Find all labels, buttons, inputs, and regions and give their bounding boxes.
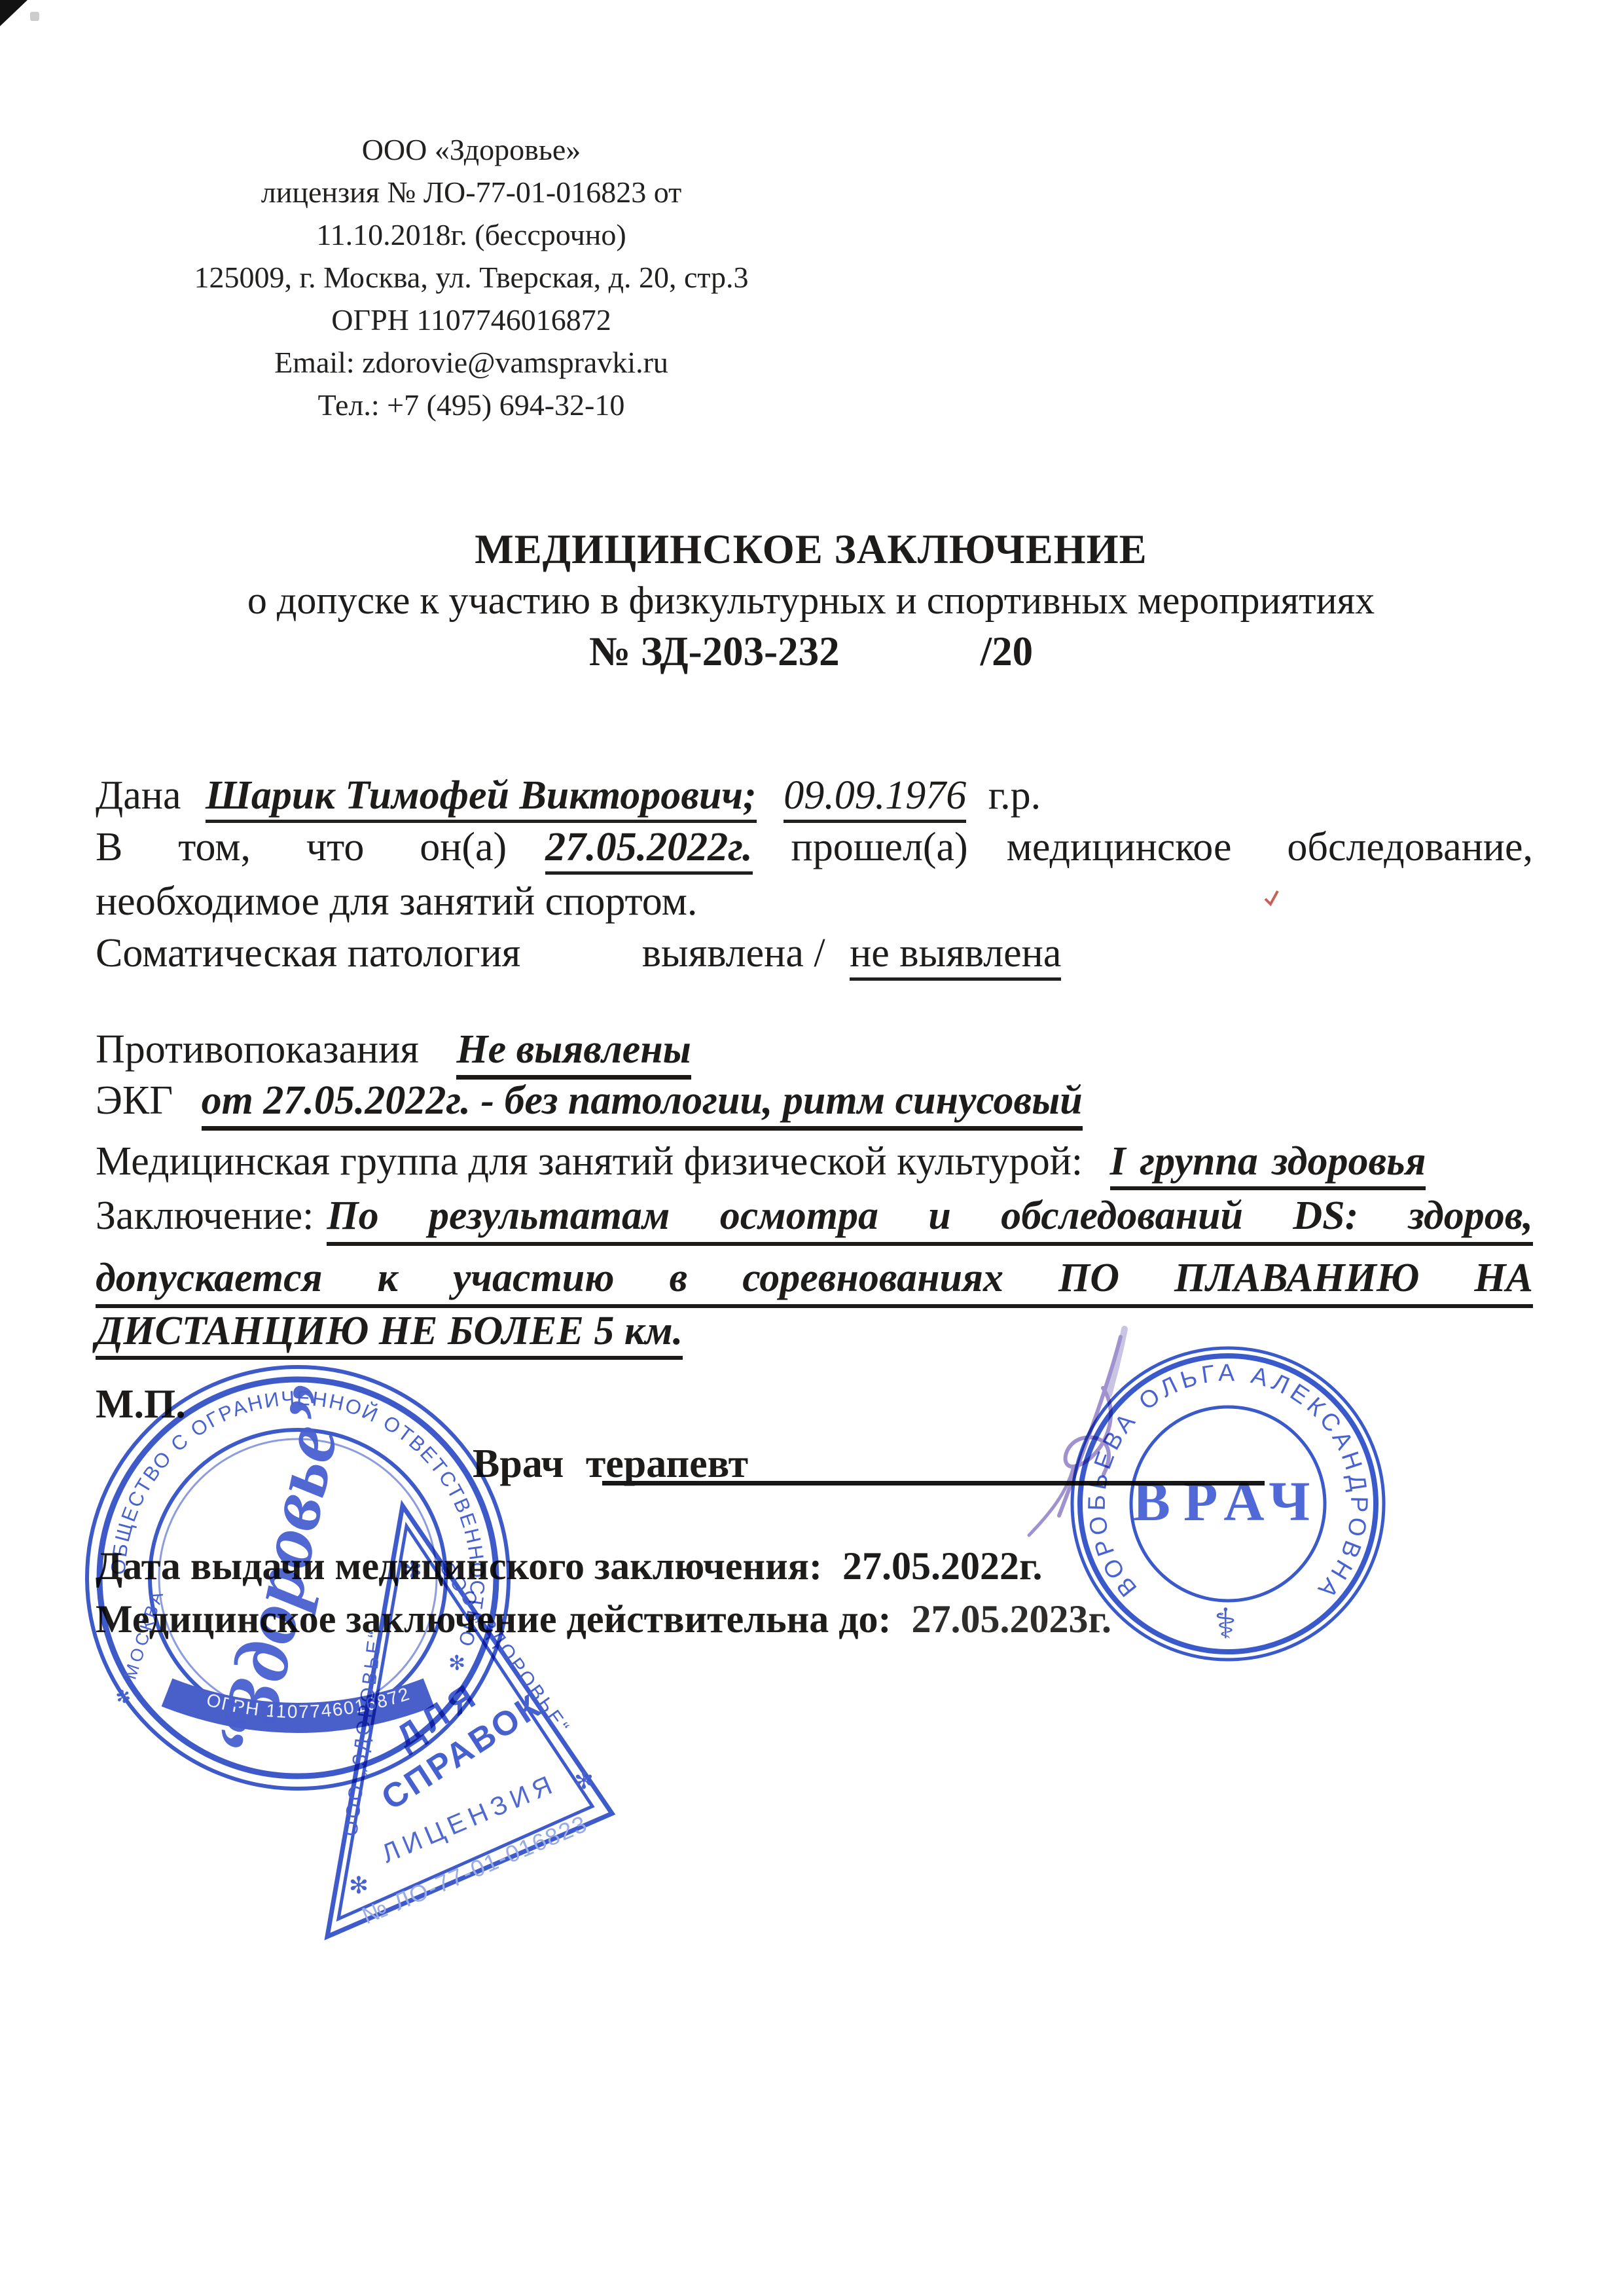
somatic-options: выявлена /	[642, 931, 825, 975]
conclusion-line2: допускается к участию в соревнованиях ПО…	[96, 1255, 1533, 1308]
conclusion-value: По результатам осмотра и обследований DS…	[327, 1193, 1533, 1246]
caduceus-icon: ⚕	[1214, 1600, 1237, 1649]
issue-date-value: 27.05.2022г.	[842, 1544, 1042, 1588]
clinic-ogrn: ОГРН 1107746016872	[98, 299, 844, 341]
ecg-value: от 27.05.2022г. - без патологии, ритм си…	[202, 1078, 1083, 1131]
exam-mid-text: прошел(а)	[791, 825, 968, 869]
clinic-license-line1: лицензия № ЛО-77-01-016823 от	[98, 171, 844, 213]
clinic-address: 125009, г. Москва, ул. Тверская, д. 20, …	[98, 256, 844, 299]
contraindications-value: Не выявлены	[456, 1027, 691, 1080]
line-somatic: Соматическая патология выявлена / не выя…	[96, 930, 1061, 977]
triangle-stamp-star-left: ✻	[349, 1872, 369, 1899]
med-group-label: Медицинская группа для занятий физическо…	[96, 1139, 1083, 1184]
clinic-license-line2: 11.10.2018г. (бессрочно)	[98, 213, 844, 256]
title-block: МЕДИЦИНСКОЕ ЗАКЛЮЧЕНИЕ о допуске к участ…	[0, 524, 1622, 677]
line-exam: В том, что он(а) 27.05.2022г. прошел(а) …	[96, 824, 1533, 871]
clinic-phone: Тел.: +7 (495) 694-32-10	[98, 384, 844, 426]
exam-tail-text: медицинское обследование,	[1007, 825, 1533, 869]
document-number-line: № ЗД-203-232/20	[0, 626, 1622, 677]
line-purpose: необходимое для занятий спортом.	[96, 879, 697, 925]
scan-dot-artifact	[30, 12, 39, 21]
document-subtitle: о допуске к участию в физкультурных и сп…	[0, 575, 1622, 626]
triangle-stamp-star-top: ✻	[403, 1556, 422, 1583]
triangle-stamp-star-right: ✻	[574, 1767, 594, 1794]
document-number: № ЗД-203-232	[589, 629, 840, 674]
document-page: ООО «Здоровье» лицензия № ЛО-77-01-01682…	[0, 0, 1622, 2296]
clinic-header: ООО «Здоровье» лицензия № ЛО-77-01-01682…	[98, 128, 844, 426]
given-label: Дана	[96, 773, 181, 818]
conclusion-label: Заключение:	[96, 1193, 327, 1246]
exam-pre-text: В том, что он(а)	[96, 825, 507, 869]
birth-date-value: 09.09.1976	[784, 773, 966, 823]
triangle-stamp-left-text: ООО „ЗДОРОВЬЕ“	[340, 1628, 387, 1837]
svg-text:ООО „ЗДОРОВЬЕ“: ООО „ЗДОРОВЬЕ“	[340, 1628, 387, 1837]
clinic-org-name: ООО «Здоровье»	[98, 128, 844, 171]
clinic-email: Email: zdorovie@vamspravki.ru	[98, 341, 844, 384]
med-group-value: I группа здоровья	[1110, 1139, 1426, 1190]
document-title: МЕДИЦИНСКОЕ ЗАКЛЮЧЕНИЕ	[0, 524, 1622, 575]
line-med-group: Медицинская группа для занятий физическо…	[96, 1139, 1426, 1185]
ecg-label: ЭКГ	[96, 1078, 173, 1123]
document-number-suffix: /20	[981, 629, 1034, 674]
doctor-signature-icon	[969, 1309, 1191, 1545]
contraindications-label: Противопоказания	[96, 1027, 419, 1072]
birth-suffix: г.р.	[988, 773, 1041, 818]
triangle-stamp-icon: ООО „ЗДОРОВЬЕ“ ООО „ЗДОРОВЬЕ“ ДЛЯ СПРАВО…	[281, 1486, 648, 1944]
line-patient: Дана Шарик Тимофей Викторович; 09.09.197…	[96, 773, 1041, 819]
patient-name-value: Шарик Тимофей Викторович;	[206, 773, 757, 823]
conclusion-line3-wrap: ДИСТАНЦИЮ НЕ БОЛЕЕ 5 км.	[96, 1308, 683, 1355]
org-stamp-city-text: ✻ МОСКВА	[112, 1586, 168, 1707]
line-ecg: ЭКГ от 27.05.2022г. - без патологии, рит…	[96, 1078, 1083, 1124]
line-conclusion: Заключение: По результатам осмотра и обс…	[96, 1193, 1533, 1246]
somatic-result: не выявлена	[850, 931, 1061, 981]
exam-date-value: 27.05.2022г.	[545, 825, 753, 875]
line-contraindications: Противопоказания Не выявлены	[96, 1027, 691, 1073]
somatic-label: Соматическая патология	[96, 931, 520, 975]
red-pen-mark	[1263, 889, 1280, 906]
scan-corner-artifact	[0, 0, 27, 26]
